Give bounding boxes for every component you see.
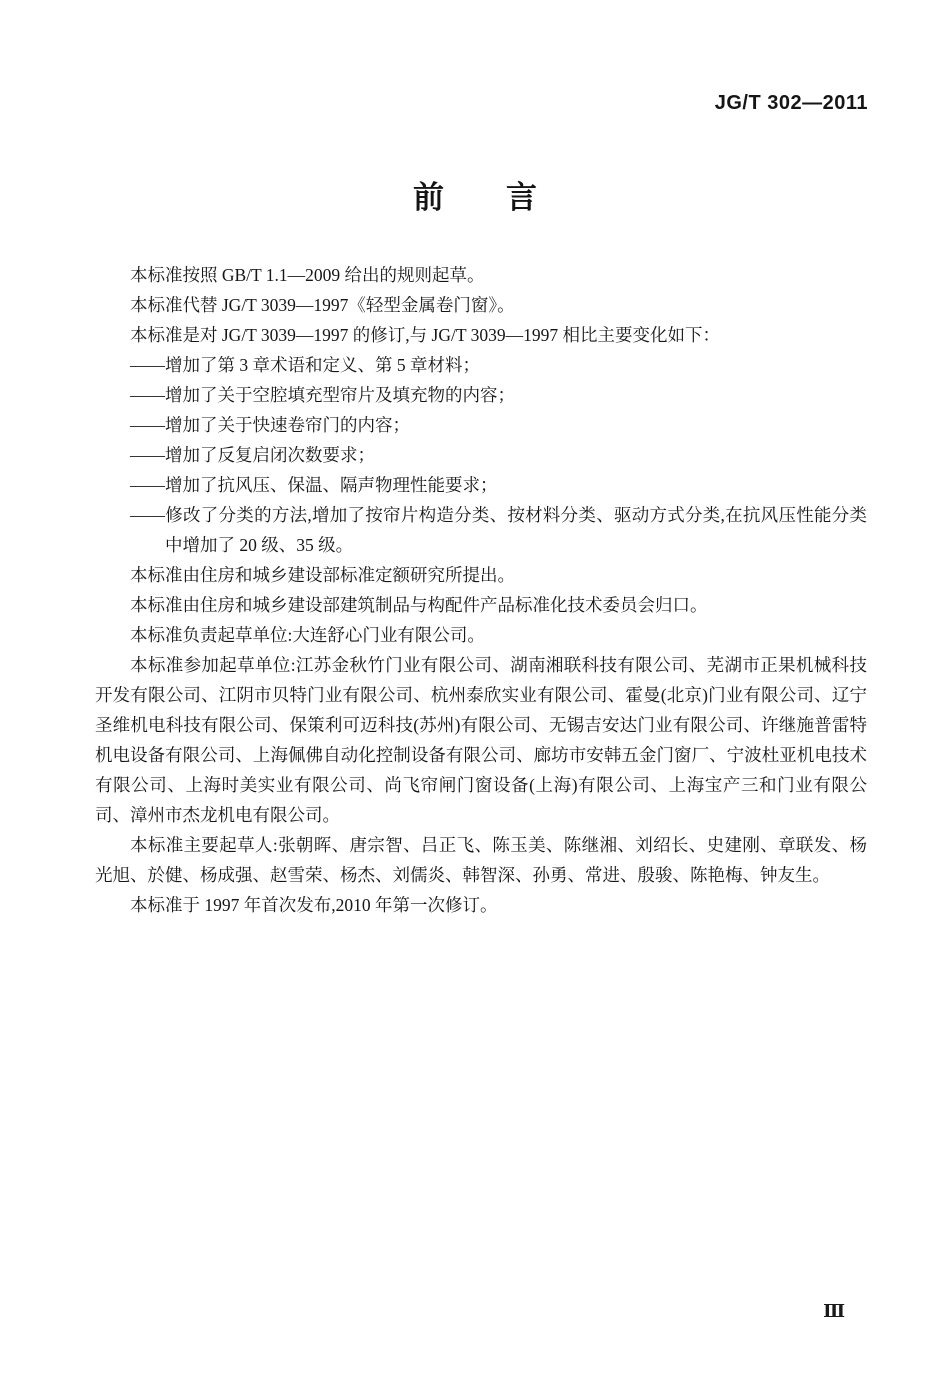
change-list-item: ——增加了第 3 章术语和定义、第 5 章材料； — [95, 350, 867, 380]
change-list-item: ——增加了反复启闭次数要求； — [95, 440, 867, 470]
change-list-item: ——增加了关于空腔填充型帘片及填充物的内容； — [95, 380, 867, 410]
paragraph: 本标准按照 GB/T 1.1—2009 给出的规则起草。 — [95, 260, 867, 290]
paragraph: 本标准主要起草人:张朝晖、唐宗智、吕正飞、陈玉美、陈继湘、刘绍长、史建刚、章联发… — [95, 830, 867, 890]
paragraph: 本标准由住房和城乡建设部标准定额研究所提出。 — [95, 560, 867, 590]
paragraph: 本标准于 1997 年首次发布,2010 年第一次修订。 — [95, 890, 867, 920]
foreword-body: 本标准按照 GB/T 1.1—2009 给出的规则起草。 本标准代替 JG/T … — [95, 260, 867, 920]
change-list-item: ——增加了关于快速卷帘门的内容； — [95, 410, 867, 440]
paragraph: 本标准参加起草单位:江苏金秋竹门业有限公司、湖南湘联科技有限公司、芜湖市正果机械… — [95, 650, 867, 830]
paragraph: 本标准负责起草单位:大连舒心门业有限公司。 — [95, 620, 867, 650]
page-number: Ⅲ — [823, 1301, 845, 1322]
document-page: JG/T 302—2011 前 言 本标准按照 GB/T 1.1—2009 给出… — [0, 0, 950, 1388]
paragraph: 本标准由住房和城乡建设部建筑制品与构配件产品标准化技术委员会归口。 — [95, 590, 867, 620]
paragraph: 本标准代替 JG/T 3039—1997《轻型金属卷门窗》。 — [95, 290, 867, 320]
change-list-item: ——增加了抗风压、保温、隔声物理性能要求； — [95, 470, 867, 500]
page-title: 前 言 — [0, 172, 950, 217]
change-list-item: ——修改了分类的方法,增加了按帘片构造分类、按材料分类、驱动方式分类,在抗风压性… — [95, 500, 867, 560]
standard-code: JG/T 302—2011 — [715, 92, 868, 115]
paragraph: 本标准是对 JG/T 3039—1997 的修订,与 JG/T 3039—199… — [95, 320, 867, 350]
